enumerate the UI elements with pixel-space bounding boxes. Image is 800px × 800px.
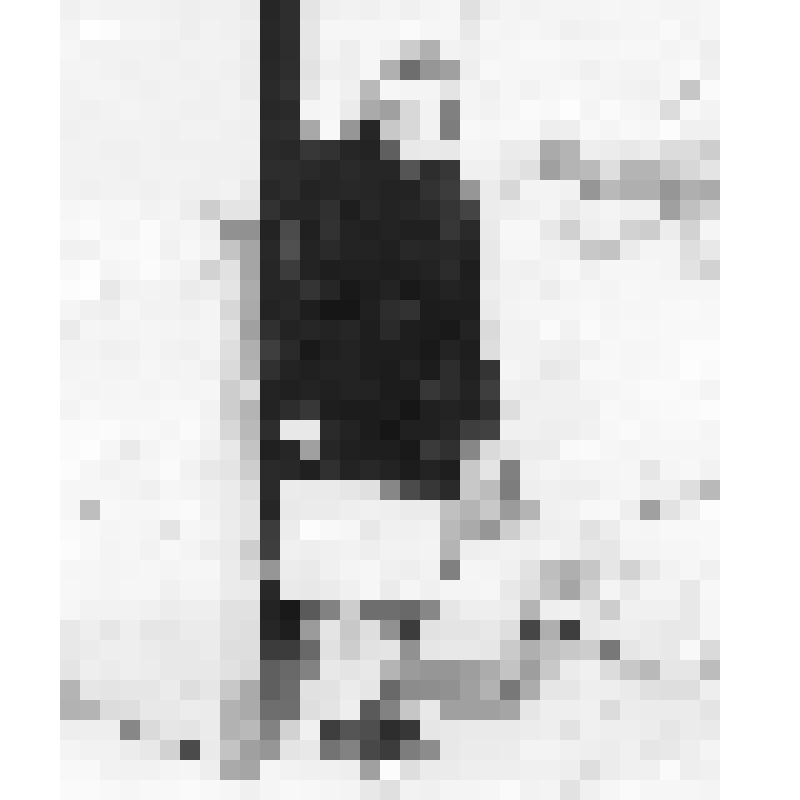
pixelated-photo	[0, 0, 800, 800]
pixelated-photo-canvas	[0, 0, 800, 800]
